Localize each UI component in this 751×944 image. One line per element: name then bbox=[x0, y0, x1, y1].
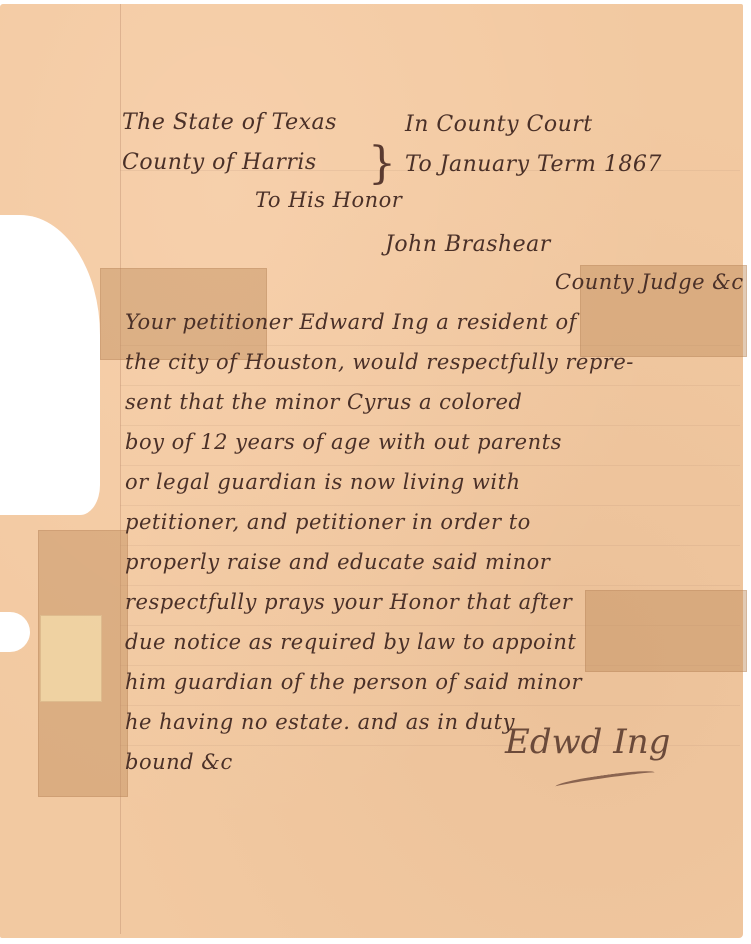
body-line: petitioner, and petitioner in order to bbox=[125, 510, 531, 534]
ruled-line bbox=[120, 505, 740, 506]
ruled-line bbox=[120, 705, 740, 706]
body-line: him guardian of the person of said minor bbox=[125, 670, 582, 694]
repair-tape-faded bbox=[40, 615, 102, 702]
body-line: sent that the minor Cyrus a colored bbox=[125, 390, 522, 414]
body-line: properly raise and educate said minor bbox=[125, 550, 550, 574]
brace-icon: } bbox=[368, 138, 396, 189]
body-line: Your petitioner Edward Ing a resident of bbox=[125, 310, 577, 334]
body-line: due notice as required by law to appoint bbox=[125, 630, 576, 654]
ruled-line bbox=[120, 545, 740, 546]
ruled-line bbox=[120, 385, 740, 386]
addressee-title: County Judge &c bbox=[555, 270, 744, 294]
body-line: or legal guardian is now living with bbox=[125, 470, 521, 494]
body-line: respectfully prays your Honor that after bbox=[125, 590, 572, 614]
header-county: County of Harris bbox=[122, 150, 317, 175]
header-court: In County Court bbox=[405, 112, 593, 137]
ruled-line bbox=[120, 425, 740, 426]
ruled-line bbox=[120, 585, 740, 586]
addressee-name: John Brashear bbox=[385, 232, 551, 257]
body-line: the city of Houston, would respectfully … bbox=[125, 350, 634, 374]
salutation: To His Honor bbox=[255, 188, 402, 212]
signature: Edwd Ing bbox=[505, 722, 670, 762]
body-line: bound &c bbox=[125, 750, 233, 774]
header-term: To January Term 1867 bbox=[405, 152, 662, 177]
repair-tape bbox=[585, 590, 747, 672]
body-line: he having no estate. and as in duty bbox=[125, 710, 515, 734]
body-line: boy of 12 years of age with out parents bbox=[125, 430, 562, 454]
ruled-line bbox=[120, 465, 740, 466]
header-state: The State of Texas bbox=[122, 110, 337, 135]
